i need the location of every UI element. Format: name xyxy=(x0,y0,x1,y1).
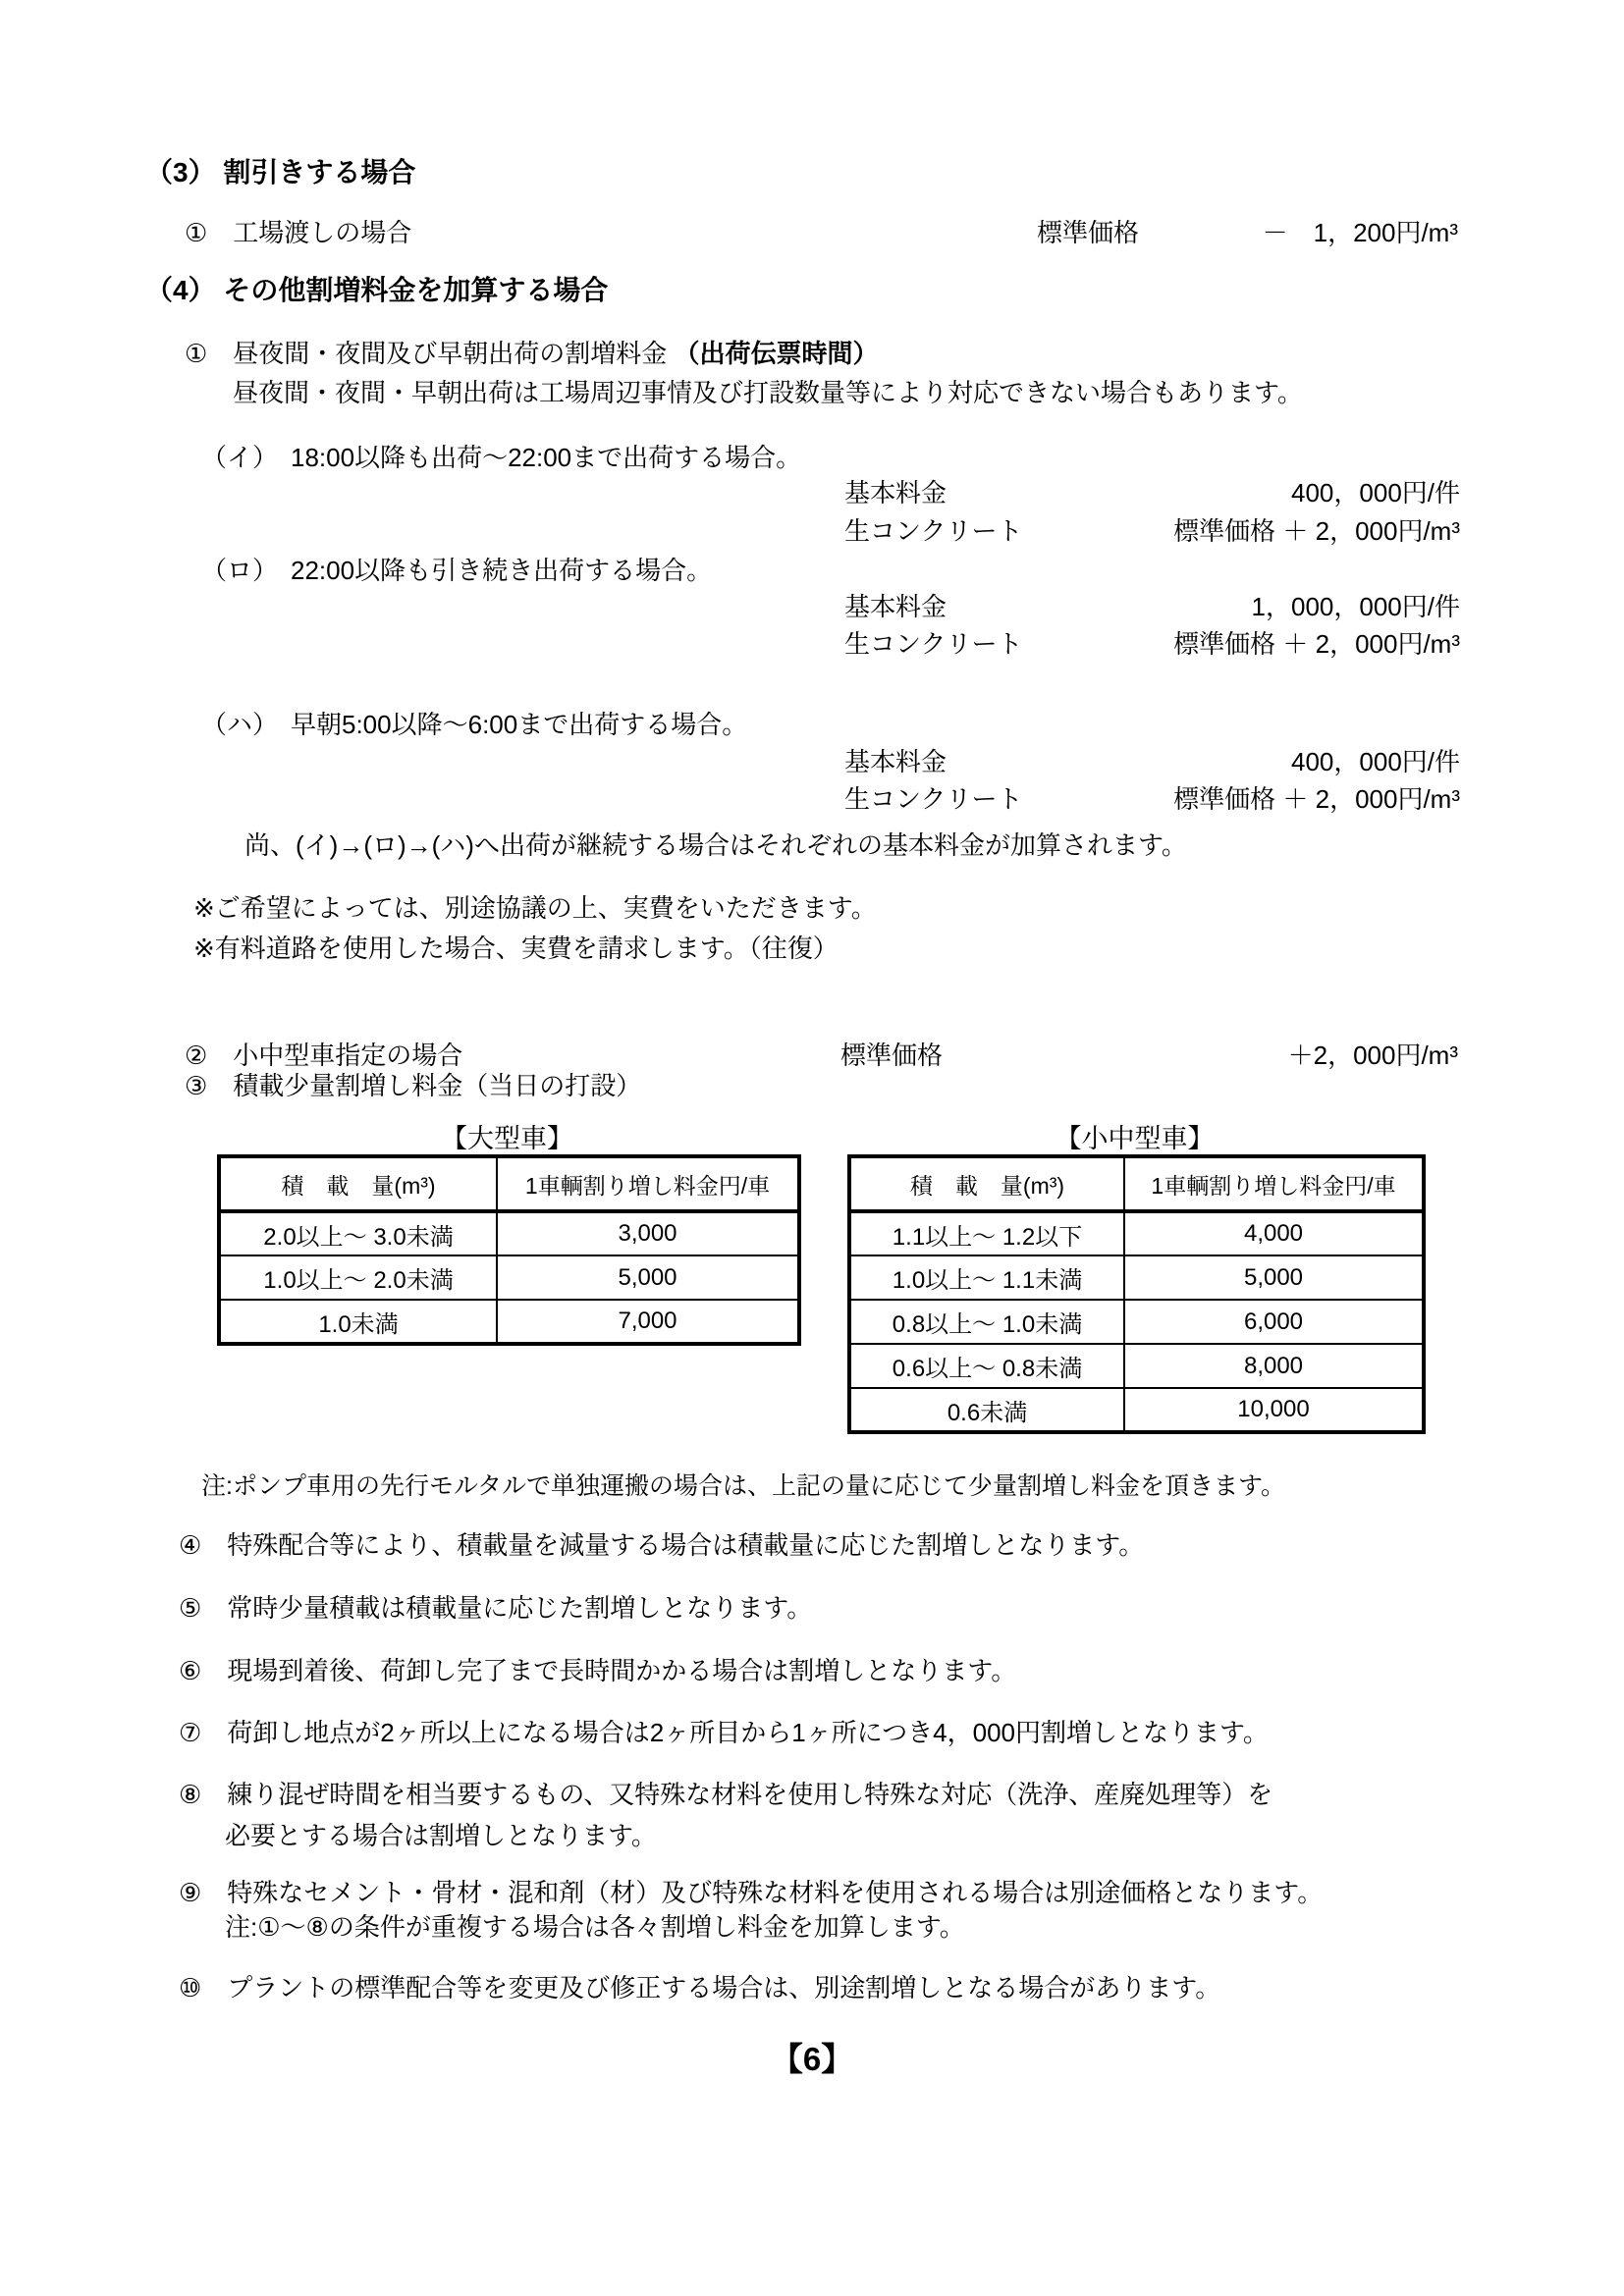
table-row: 1.1以上～ 1.2以下 4,000 xyxy=(849,1211,1424,1255)
table-cell-range: 1.0未満 xyxy=(219,1300,497,1344)
table-cell-fee: 5,000 xyxy=(497,1255,799,1300)
section4-item1-title-bold: （出荷伝票時間） xyxy=(675,339,879,368)
case-i-fee-row: 基本料金 400，000円/件 xyxy=(844,476,1460,509)
table-cell-fee: 6,000 xyxy=(1124,1300,1424,1344)
table-row: 0.8以上～ 1.0未満 6,000 xyxy=(849,1300,1424,1344)
section4-item2-price-name: 標準価格 xyxy=(840,1039,943,1072)
table-cell-range: 1.1以上～ 1.2以下 xyxy=(849,1211,1124,1255)
table-row: 1.0未満 7,000 xyxy=(219,1300,799,1344)
case-ha-fee-row: 生コンクリート 標準価格 ＋ 2，000円/m³ xyxy=(844,782,1460,816)
document-page: （3） 割引きする場合 ① 工場渡しの場合 標準価格 － 1，200円/m³ （… xyxy=(0,0,1624,2296)
fee-name: 基本料金 xyxy=(844,476,947,509)
large-vehicle-table: 積 載 量(m³) 1車輌割り増し料金円/車 2.0以上～ 3.0未満 3,00… xyxy=(217,1154,801,1346)
large-vehicle-table-title: 【大型車】 xyxy=(217,1117,797,1155)
list-item-10: ⑩ プラントの標準配合等を変更及び修正する場合は、別途割増しとなる場合があります… xyxy=(179,1971,1220,2004)
column-header-load: 積 載 量(m³) xyxy=(219,1156,497,1211)
table-row: 2.0以上～ 3.0未満 3,000 xyxy=(219,1211,799,1255)
section4-item1-title: ① 昼夜間・夜間及び早朝出荷の割増料金 （出荷伝票時間） xyxy=(185,337,879,370)
case-ro-fee-row: 生コンクリート 標準価格 ＋ 2，000円/m³ xyxy=(844,627,1460,661)
column-header-fee: 1車輌割り増し料金円/車 xyxy=(497,1156,799,1211)
case-i-fee-row: 生コンクリート 標準価格 ＋ 2，000円/m³ xyxy=(844,514,1460,548)
table-row: 1.0以上～ 2.0未満 5,000 xyxy=(219,1255,799,1300)
list-item-4: ④ 特殊配合等により、積載量を減量する場合は積載量に応じた割増しとなります。 xyxy=(179,1528,1144,1562)
case-ha-fee-row: 基本料金 400，000円/件 xyxy=(844,745,1460,778)
small-vehicle-table-title: 【小中型車】 xyxy=(847,1117,1422,1155)
case-ha-label: （ハ） 早朝5:00以降～6:00まで出荷する場合。 xyxy=(201,708,747,741)
table-cell-fee: 4,000 xyxy=(1124,1211,1424,1255)
table-cell-fee: 5,000 xyxy=(1124,1255,1424,1300)
table-cell-range: 0.6以上～ 0.8未満 xyxy=(849,1344,1124,1388)
list-item-9-line1: ⑨ 特殊なセメント・骨材・混和剤（材）及び特殊な材料を使用される場合は別途価格と… xyxy=(179,1876,1323,1909)
tables-note: 注:ポンプ車用の先行モルタルで単独運搬の場合は、上記の量に応じて少量割増し料金を… xyxy=(201,1470,1285,1503)
fee-value: 標準価格 ＋ 2，000円/m³ xyxy=(1173,514,1460,548)
fee-value: 標準価格 ＋ 2，000円/m³ xyxy=(1173,627,1460,661)
fee-name: 生コンクリート xyxy=(844,627,1022,661)
page-number: 【6】 xyxy=(0,2034,1624,2080)
table-row: 0.6以上～ 0.8未満 8,000 xyxy=(849,1344,1424,1388)
case-ro-fee-row: 基本料金 1，000，000円/件 xyxy=(844,590,1460,623)
section4-item2-row: ② 小中型車指定の場合 標準価格 ＋2，000円/m³ xyxy=(185,1039,1458,1072)
fee-name: 基本料金 xyxy=(844,745,947,778)
section4-item2-price-value: ＋2，000円/m³ xyxy=(1288,1039,1458,1072)
fee-name: 生コンクリート xyxy=(844,782,1022,816)
asterisk-note-1: ※ご希望によっては、別途協議の上、実費をいただきます。 xyxy=(193,891,877,925)
table-row: 1.0以上～ 1.1未満 5,000 xyxy=(849,1255,1424,1300)
section3-item1-price-name: 標準価格 xyxy=(1037,216,1139,249)
list-item-5: ⑤ 常時少量積載は積載量に応じた割増しとなります。 xyxy=(179,1591,812,1625)
asterisk-note-2: ※有料道路を使用した場合、実費を請求します。（往復） xyxy=(193,932,839,965)
table-cell-range: 2.0以上～ 3.0未満 xyxy=(219,1211,497,1255)
table-cell-range: 1.0以上～ 2.0未満 xyxy=(219,1255,497,1300)
section4-item1-note: 昼夜間・夜間・早朝出荷は工場周辺事情及び打設数量等により対応できない場合もありま… xyxy=(233,376,1303,409)
fee-name: 生コンクリート xyxy=(844,514,1022,548)
section4-item3-label: ③ 積載少量割増し料金（当日の打設） xyxy=(185,1069,641,1102)
table-cell-range: 0.8以上～ 1.0未満 xyxy=(849,1300,1124,1344)
table-cell-fee: 8,000 xyxy=(1124,1344,1424,1388)
case-ro-label: （ロ） 22:00以降も引き続き出荷する場合。 xyxy=(201,554,712,587)
list-item-8-line2: 必要とする場合は割増しとなります。 xyxy=(225,1819,657,1852)
section3-item1-price-value: － 1，200円/m³ xyxy=(1263,216,1458,249)
section4-item1-title-text: ① 昼夜間・夜間及び早朝出荷の割増料金 xyxy=(185,339,667,368)
list-item-8-line1: ⑧ 練り混ぜ時間を相当要するもの、又特殊な材料を使用し特殊な対応（洗浄、産廃処理… xyxy=(179,1778,1272,1811)
section3-item1-label: ① 工場渡しの場合 xyxy=(185,218,411,247)
fee-value: 400，000円/件 xyxy=(1291,745,1460,778)
list-item-9-line2: 注:①～⑧の条件が重複する場合は各々割増し料金を加算します。 xyxy=(225,1910,965,1944)
case-i-label: （イ） 18:00以降も出荷～22:00まで出荷する場合。 xyxy=(201,441,801,474)
fee-value: 1，000，000円/件 xyxy=(1252,590,1460,623)
continuation-note: 尚、(イ)→(ロ)→(ハ)へ出荷が継続する場合はそれぞれの基本料金が加算されます… xyxy=(244,828,1187,862)
section4-heading: （4） その他割増料金を加算する場合 xyxy=(145,273,608,308)
section3-item1-row: ① 工場渡しの場合 標準価格 － 1，200円/m³ xyxy=(185,216,1458,249)
list-item-6: ⑥ 現場到着後、荷卸し完了まで長時間かかる場合は割増しとなります。 xyxy=(179,1654,1016,1687)
table-cell-fee: 7,000 xyxy=(497,1300,799,1344)
list-item-7: ⑦ 荷卸し地点が2ヶ所以上になる場合は2ヶ所目から1ヶ所につき4，000円割増し… xyxy=(179,1716,1269,1749)
section3-heading: （3） 割引きする場合 xyxy=(145,155,415,190)
section4-item2-label: ② 小中型車指定の場合 xyxy=(185,1041,462,1070)
column-header-load: 積 載 量(m³) xyxy=(849,1156,1124,1211)
small-vehicle-table: 積 載 量(m³) 1車輌割り増し料金円/車 1.1以上～ 1.2以下 4,00… xyxy=(847,1154,1426,1434)
table-cell-fee: 10,000 xyxy=(1124,1388,1424,1432)
table-cell-range: 0.6未満 xyxy=(849,1388,1124,1432)
fee-value: 400，000円/件 xyxy=(1291,476,1460,509)
table-header-row: 積 載 量(m³) 1車輌割り増し料金円/車 xyxy=(849,1156,1424,1211)
table-cell-fee: 3,000 xyxy=(497,1211,799,1255)
fee-value: 標準価格 ＋ 2，000円/m³ xyxy=(1173,782,1460,816)
table-cell-range: 1.0以上～ 1.1未満 xyxy=(849,1255,1124,1300)
table-header-row: 積 載 量(m³) 1車輌割り増し料金円/車 xyxy=(219,1156,799,1211)
fee-name: 基本料金 xyxy=(844,590,947,623)
column-header-fee: 1車輌割り増し料金円/車 xyxy=(1124,1156,1424,1211)
table-row: 0.6未満 10,000 xyxy=(849,1388,1424,1432)
